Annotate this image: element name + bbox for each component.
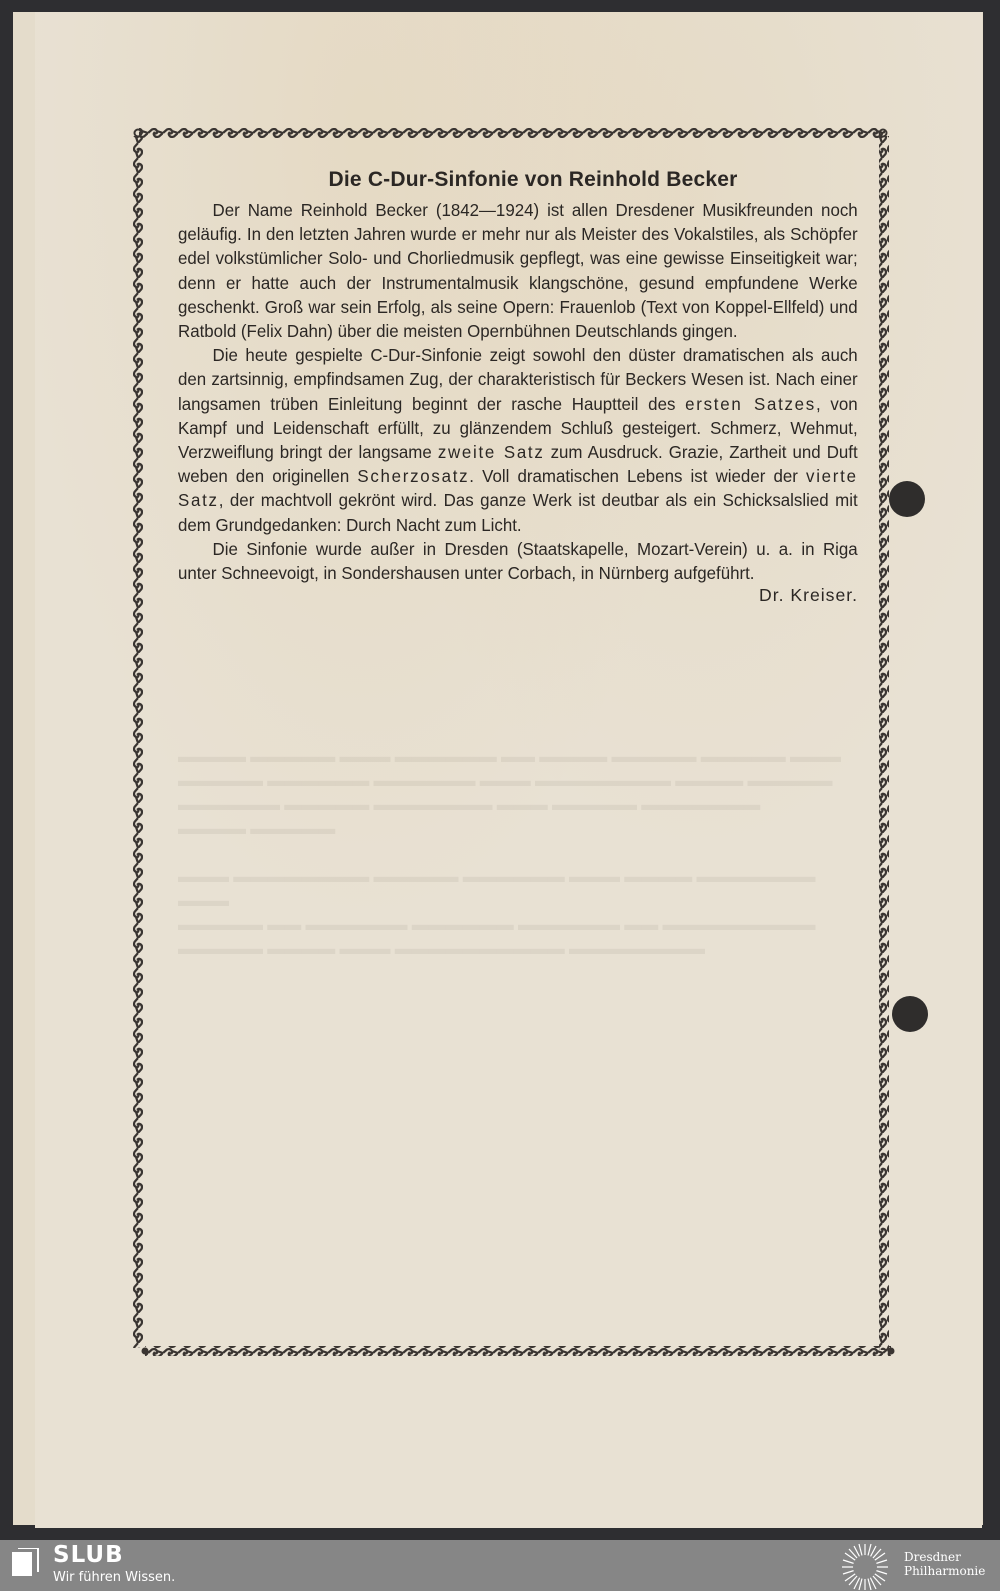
emphasis-scherzo: Scherzosatz [357,466,469,486]
article: Die C-Dur-Sinfonie von Reinhold Becker D… [178,168,858,606]
slub-brand: SLUB [53,1542,124,1568]
paragraph-text: . Voll dramatischen Lebens ist wieder de… [469,466,806,486]
paragraph-text: , der machtvoll gekrönt wird. Das ganze … [178,490,858,534]
philharmonie-brand-line1: Dresdner [904,1550,985,1564]
philharmonie-sunburst-icon [840,1543,890,1591]
emphasis-first-movement: ersten Satzes [685,394,816,414]
punch-hole-lower [892,996,928,1032]
philharmonie-brand: Dresdner Philharmonie [904,1550,985,1578]
footer-bar: SLUB Wir führen Wissen. Dresdner Philhar… [0,1540,1000,1591]
paragraph-text: Die Sinfonie wurde außer in Dresden (Sta… [178,539,858,583]
author-signature: Dr. Kreiser. [178,585,858,606]
article-title: Die C-Dur-Sinfonie von Reinhold Becker [178,168,858,192]
punch-hole-upper [889,481,925,517]
emphasis-second-movement: zweite Satz [438,442,545,462]
slub-book-icon [12,1548,42,1578]
paragraph-3: Die Sinfonie wurde außer in Dresden (Sta… [178,537,858,585]
paragraph-text: Der Name Reinhold Becker (1842—1924) ist… [178,200,858,341]
paragraph-2: Die heute gespielte C-Dur-Sinfonie zeigt… [178,343,858,537]
slub-tagline: Wir führen Wissen. [53,1570,175,1585]
paragraph-1: Der Name Reinhold Becker (1842—1924) ist… [178,198,858,343]
philharmonie-brand-line2: Philharmonie [904,1564,985,1578]
